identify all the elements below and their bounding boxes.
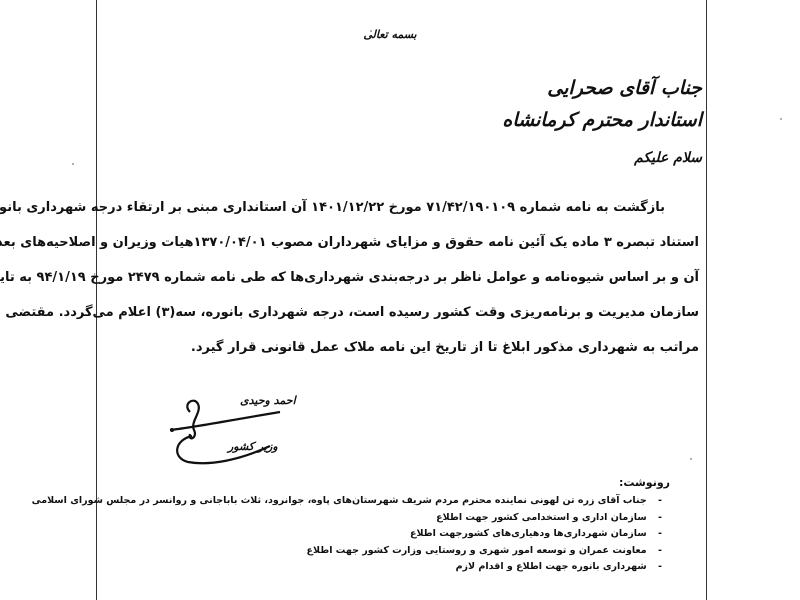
cc-item: - شهرداری بانوره جهت اطلاع و اقدام لازم bbox=[150, 559, 670, 576]
scan-speck bbox=[72, 163, 74, 165]
cc-list: رونوشت: - جناب آقای زره تن لهونی نماینده… bbox=[150, 476, 670, 576]
cc-item-text: معاونت عمران و توسعه امور شهری و روستایی… bbox=[307, 545, 647, 556]
scan-speck bbox=[780, 118, 782, 120]
cc-item: - سازمان شهرداری‌ها ودهیاری‌های کشورجهت … bbox=[150, 526, 670, 543]
greeting: سلام علیکم bbox=[634, 150, 702, 166]
letter-body: بازگشت به نامه شماره ۷۱/۴۲/۱۹۰۱۰۹ مورخ ۱… bbox=[116, 190, 699, 365]
cc-item: - سازمان اداری و استخدامی کشور جهت اطلاع bbox=[150, 510, 670, 527]
body-line: مراتب به شهرداری مذکور ابلاغ تا از تاریخ… bbox=[116, 330, 699, 365]
cc-item: - معاونت عمران و توسعه امور شهری و روستا… bbox=[150, 543, 670, 560]
addressee-name: جناب آقای صحرایی bbox=[502, 72, 702, 104]
list-dash: - bbox=[650, 559, 670, 576]
signatory-name: احمد وحیدی bbox=[240, 394, 296, 407]
invocation-heading: بسمه تعالی bbox=[360, 28, 420, 41]
cc-title: رونوشت: bbox=[150, 476, 670, 489]
cc-item: - جناب آقای زره تن لهونی نماینده محترم م… bbox=[150, 493, 670, 510]
body-line: استناد تبصره ۳ ماده یک آئین نامه حقوق و … bbox=[116, 225, 699, 260]
body-line: بازگشت به نامه شماره ۷۱/۴۲/۱۹۰۱۰۹ مورخ ۱… bbox=[116, 190, 699, 225]
signatory-title: وزیر کشور bbox=[228, 440, 278, 453]
body-line: آن و بر اساس شیوه‌نامه و عوامل ناظر بر د… bbox=[116, 260, 699, 295]
addressee-block: جناب آقای صحرایی استاندار محترم کرمانشاه bbox=[502, 72, 702, 136]
addressee-title: استاندار محترم کرمانشاه bbox=[502, 104, 702, 136]
list-dash: - bbox=[650, 543, 670, 560]
scan-speck bbox=[370, 30, 372, 32]
right-margin-line bbox=[706, 0, 707, 600]
signature-block: احمد وحیدی وزیر کشور bbox=[160, 390, 290, 470]
cc-item-text: شهرداری بانوره جهت اطلاع و اقدام لازم bbox=[456, 561, 647, 572]
list-dash: - bbox=[650, 510, 670, 527]
list-dash: - bbox=[650, 526, 670, 543]
cc-item-text: جناب آقای زره تن لهونی نماینده محترم مرد… bbox=[32, 495, 647, 506]
scan-speck bbox=[690, 458, 692, 460]
list-dash: - bbox=[650, 493, 670, 510]
cc-item-text: سازمان اداری و استخدامی کشور جهت اطلاع bbox=[436, 512, 647, 523]
scanned-letter-page: بسمه تعالی جناب آقای صحرایی استاندار محت… bbox=[0, 0, 800, 600]
body-line: سازمان مدیریت و برنامه‌ریزی وقت کشور رسی… bbox=[116, 295, 699, 330]
cc-item-text: سازمان شهرداری‌ها ودهیاری‌های کشورجهت اط… bbox=[410, 528, 647, 539]
